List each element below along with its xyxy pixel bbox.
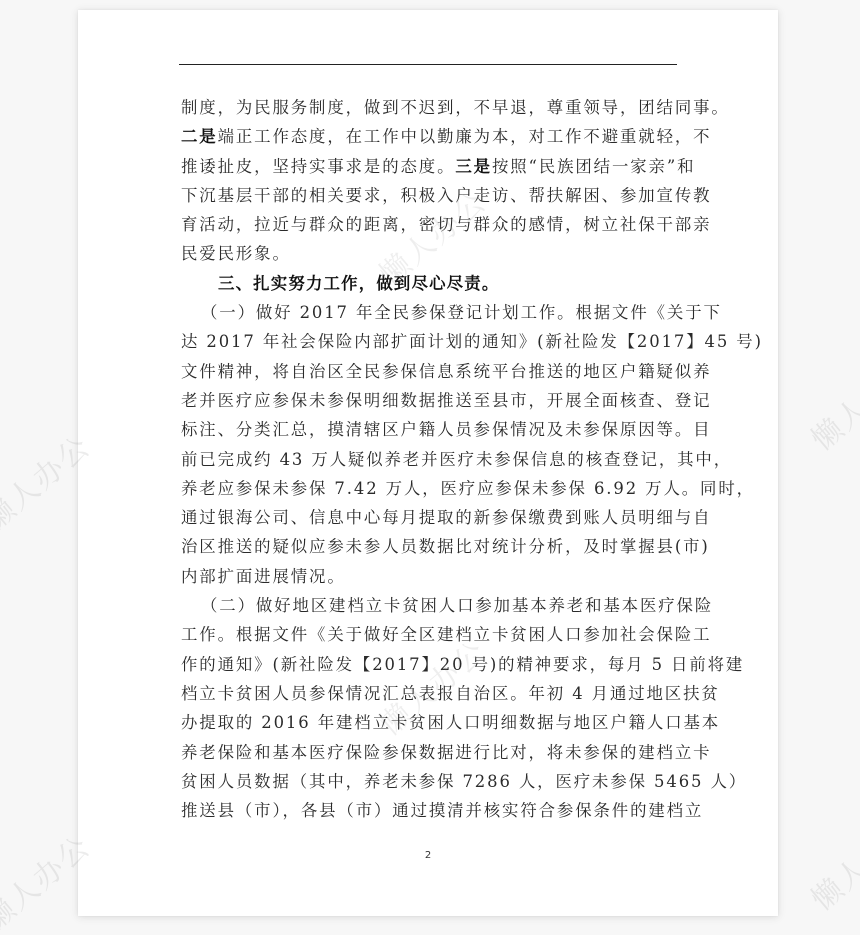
text-segment: 民爱民形象。 [181,244,291,263]
bold-lead-three: 三是 [455,157,492,176]
text-line: 制度，为民服务制度，做到不迟到，不早退，尊重领导，团结同事。 [181,93,677,122]
text-line: 达 2017 年社会保险内部扩面计划的通知》(新社险发【2017】45 号) [181,327,677,356]
text-line: 育活动，拉近与群众的距离，密切与群众的感情，树立社保干部亲 [181,210,677,239]
text-line: （二）做好地区建档立卡贫困人口参加基本养老和基本医疗保险 [181,591,677,620]
text-line: 标注、分类汇总，摸清辖区户籍人员参保情况及未参保原因等。目 [181,415,677,444]
text-line: 老并医疗应参保未参保明细数据推送至县市，开展全面核查、登记 [181,386,677,415]
text-line: 工作。根据文件《关于做好全区建档立卡贫困人口参加社会保险工 [181,620,677,649]
text-segment: 下沉基层干部的相关要求，积极入户走访、帮扶解困、参加宣传教 [181,186,711,205]
header-rule [179,64,677,65]
text-line: 内部扩面进展情况。 [181,562,677,591]
page-number: 2 [78,850,778,861]
text-line: 办提取的 2016 年建档立卡贫困人口明细数据与地区户籍人口基本 [181,708,677,737]
text-line: 作的通知》(新社险发【2017】20 号)的精神要求，每月 5 日前将建 [181,650,677,679]
watermark: 懒人办公 [800,803,860,919]
text-line: （一）做好 2017 年全民参保登记计划工作。根据文件《关于下 [181,298,677,327]
text-line: 二是端正工作态度，在工作中以勤廉为本，对工作不避重就轻，不 [181,122,677,151]
bold-lead-two: 二是 [181,127,218,146]
text-line: 推送县（市），各县（市）通过摸清并核实符合参保条件的建档立 [181,796,677,825]
text-line: 民爱民形象。 [181,239,677,268]
text-line: 治区推送的疑似应参未参人员数据比对统计分析，及时掌握县(市) [181,532,677,561]
text-segment: 端正工作态度，在工作中以勤廉为本，对工作不避重就轻，不 [218,127,712,146]
text-line: 档立卡贫困人员参保情况汇总表报自治区。年初 4 月通过地区扶贫 [181,679,677,708]
text-segment: 推诿扯皮，坚持实事求是的态度。 [181,157,455,176]
text-segment: 制度，为民服务制度，做到不迟到，不早退，尊重领导，团结同事。 [181,98,730,117]
text-line: 下沉基层干部的相关要求，积极入户走访、帮扶解困、参加宣传教 [181,181,677,210]
text-segment: 按照“民族团结一家亲”和 [492,157,695,176]
text-line: 贫困人员数据（其中，养老未参保 7286 人，医疗未参保 5465 人） [181,767,677,796]
text-line: 养老应参保未参保 7.42 万人，医疗应参保未参保 6.92 万人。同时， [181,474,677,503]
watermark: 懒人办公 [800,343,860,459]
text-line: 养老保险和基本医疗保险参保数据进行比对，将未参保的建档立卡 [181,738,677,767]
document-body: 制度，为民服务制度，做到不迟到，不早退，尊重领导，团结同事。 二是端正工作态度，… [181,93,677,825]
text-line: 文件精神，将自治区全民参保信息系统平台推送的地区户籍疑似养 [181,357,677,386]
text-line: 前已完成约 43 万人疑似养老并医疗未参保信息的核查登记，其中， [181,445,677,474]
section-heading: 三、扎实努力工作，做到尽心尽责。 [181,269,677,298]
text-segment: 育活动，拉近与群众的距离，密切与群众的感情，树立社保干部亲 [181,215,711,234]
text-line: 推诿扯皮，坚持实事求是的态度。三是按照“民族团结一家亲”和 [181,152,677,181]
text-line: 通过银海公司、信息中心每月提取的新参保缴费到账人员明细与自 [181,503,677,532]
document-page: 制度，为民服务制度，做到不迟到，不早退，尊重领导，团结同事。 二是端正工作态度，… [78,10,778,916]
